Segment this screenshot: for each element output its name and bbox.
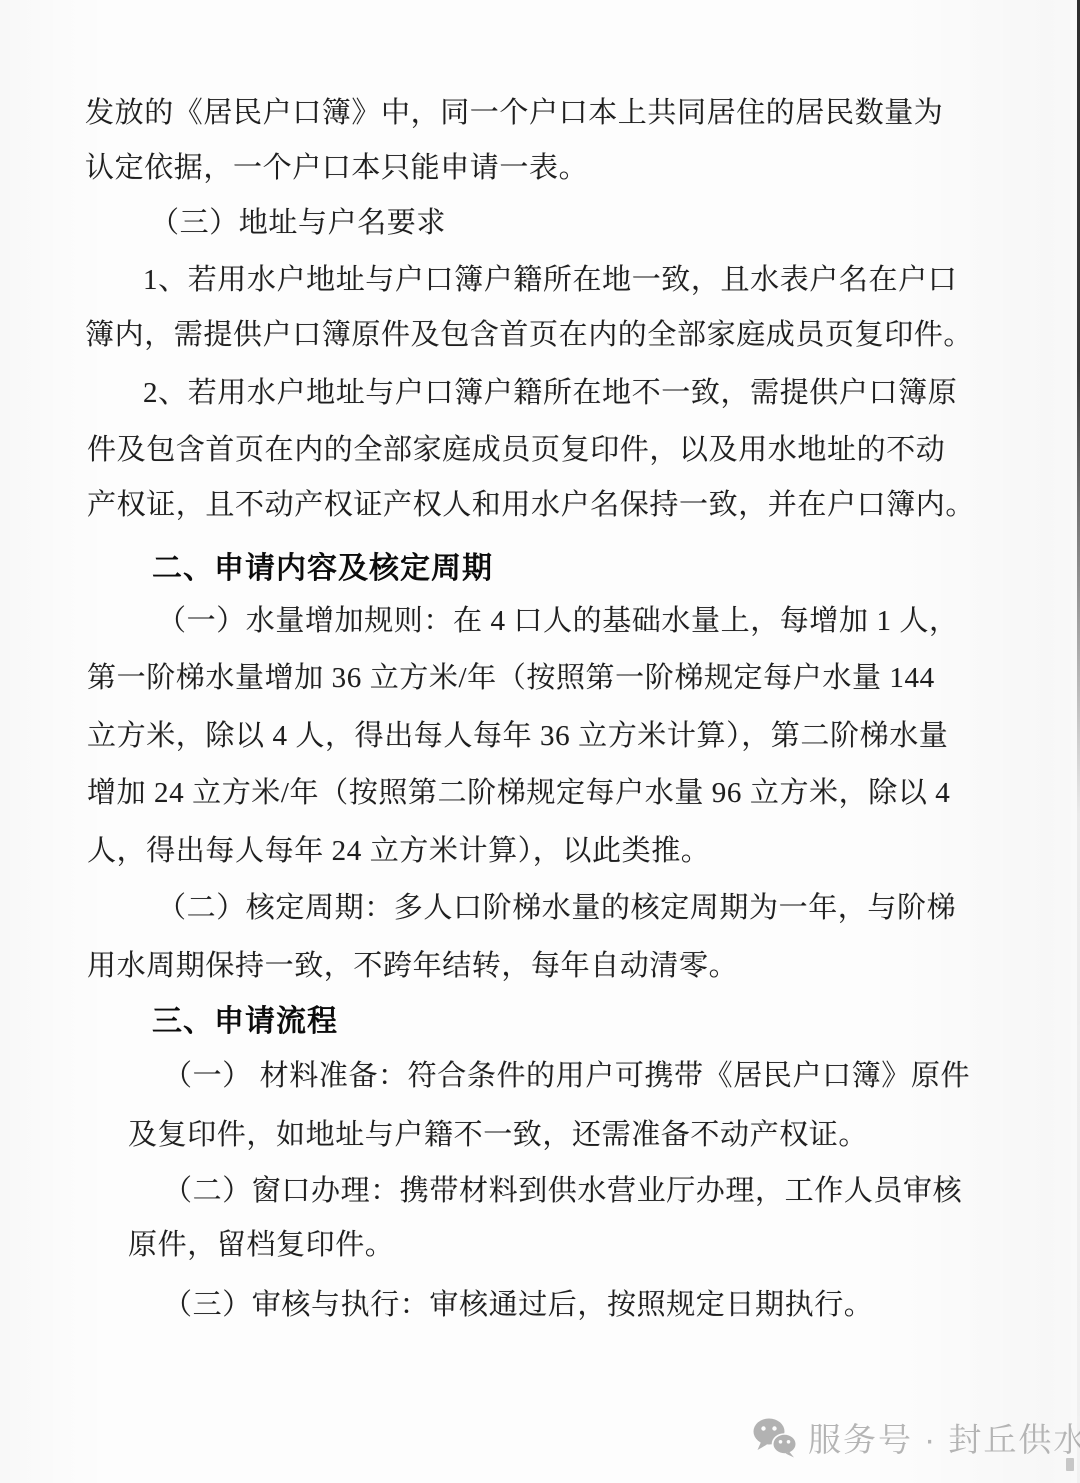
scan-speck-artifact: [1066, 1458, 1074, 1471]
text-line: （二）窗口办理：携带材料到供水营业厅办理，工作人员审核: [163, 1168, 962, 1209]
text-line: 及复印件，如地址与户籍不一致，还需准备不动产权证。: [128, 1112, 868, 1153]
text-line: 原件，留档复印件。: [128, 1222, 394, 1263]
text-line: 发放的《居民户口簿》中，同一个户口本上共同居住的居民数量为: [85, 90, 943, 131]
text-line: 2、若用水户地址与户口簿户籍所在地不一致，需提供户口簿原: [143, 370, 957, 411]
text-line: 认定依据，一个户口本只能申请一表。: [85, 145, 588, 186]
text-line: 立方米，除以 4 人，得出每人每年 36 立方米计算），第二阶梯水量: [87, 713, 948, 754]
text-line: （三）地址与户名要求: [150, 200, 446, 241]
text-line: 增加 24 立方米/年（按照第二阶梯规定每户水量 96 立方米，除以 4: [87, 770, 950, 811]
text-line: （三）审核与执行：审核通过后，按照规定日期执行。: [163, 1282, 873, 1323]
text-line: 人，得出每人每年 24 立方米计算），以此类推。: [87, 828, 710, 869]
text-line: 1、若用水户地址与户口簿户籍所在地一致，且水表户名在户口: [143, 257, 957, 298]
text-line: 产权证，且不动产权证产权人和用水户名保持一致，并在户口簿内。: [87, 482, 975, 523]
document-page: 发放的《居民户口簿》中，同一个户口本上共同居住的居民数量为 认定依据，一个户口本…: [0, 0, 1080, 1483]
wechat-icon: [752, 1417, 798, 1459]
text-line: （一）水量增加规则：在 4 口人的基础水量上，每增加 1 人，: [157, 598, 959, 639]
section-heading: 二、申请内容及核定周期: [152, 543, 493, 587]
text-line: 用水周期保持一致，不跨年结转，每年自动清零。: [87, 943, 738, 984]
text-line: （二）核定周期：多人口阶梯水量的核定周期为一年，与阶梯: [157, 885, 956, 926]
section-heading: 三、申请流程: [152, 996, 338, 1040]
text-line: 件及包含首页在内的全部家庭成员页复印件，以及用水地址的不动: [87, 427, 945, 468]
text-line: （一） 材料准备：符合条件的用户可携带《居民户口簿》原件: [163, 1053, 970, 1094]
footer-label: 服务号 · 封丘供水: [808, 1414, 1080, 1461]
wechat-watermark: 服务号 · 封丘供水: [752, 1414, 1080, 1461]
text-line: 簿内，需提供户口簿原件及包含首页在内的全部家庭成员页复印件。: [85, 312, 973, 353]
text-line: 第一阶梯水量增加 36 立方米/年（按照第一阶梯规定每户水量 144: [87, 655, 935, 696]
